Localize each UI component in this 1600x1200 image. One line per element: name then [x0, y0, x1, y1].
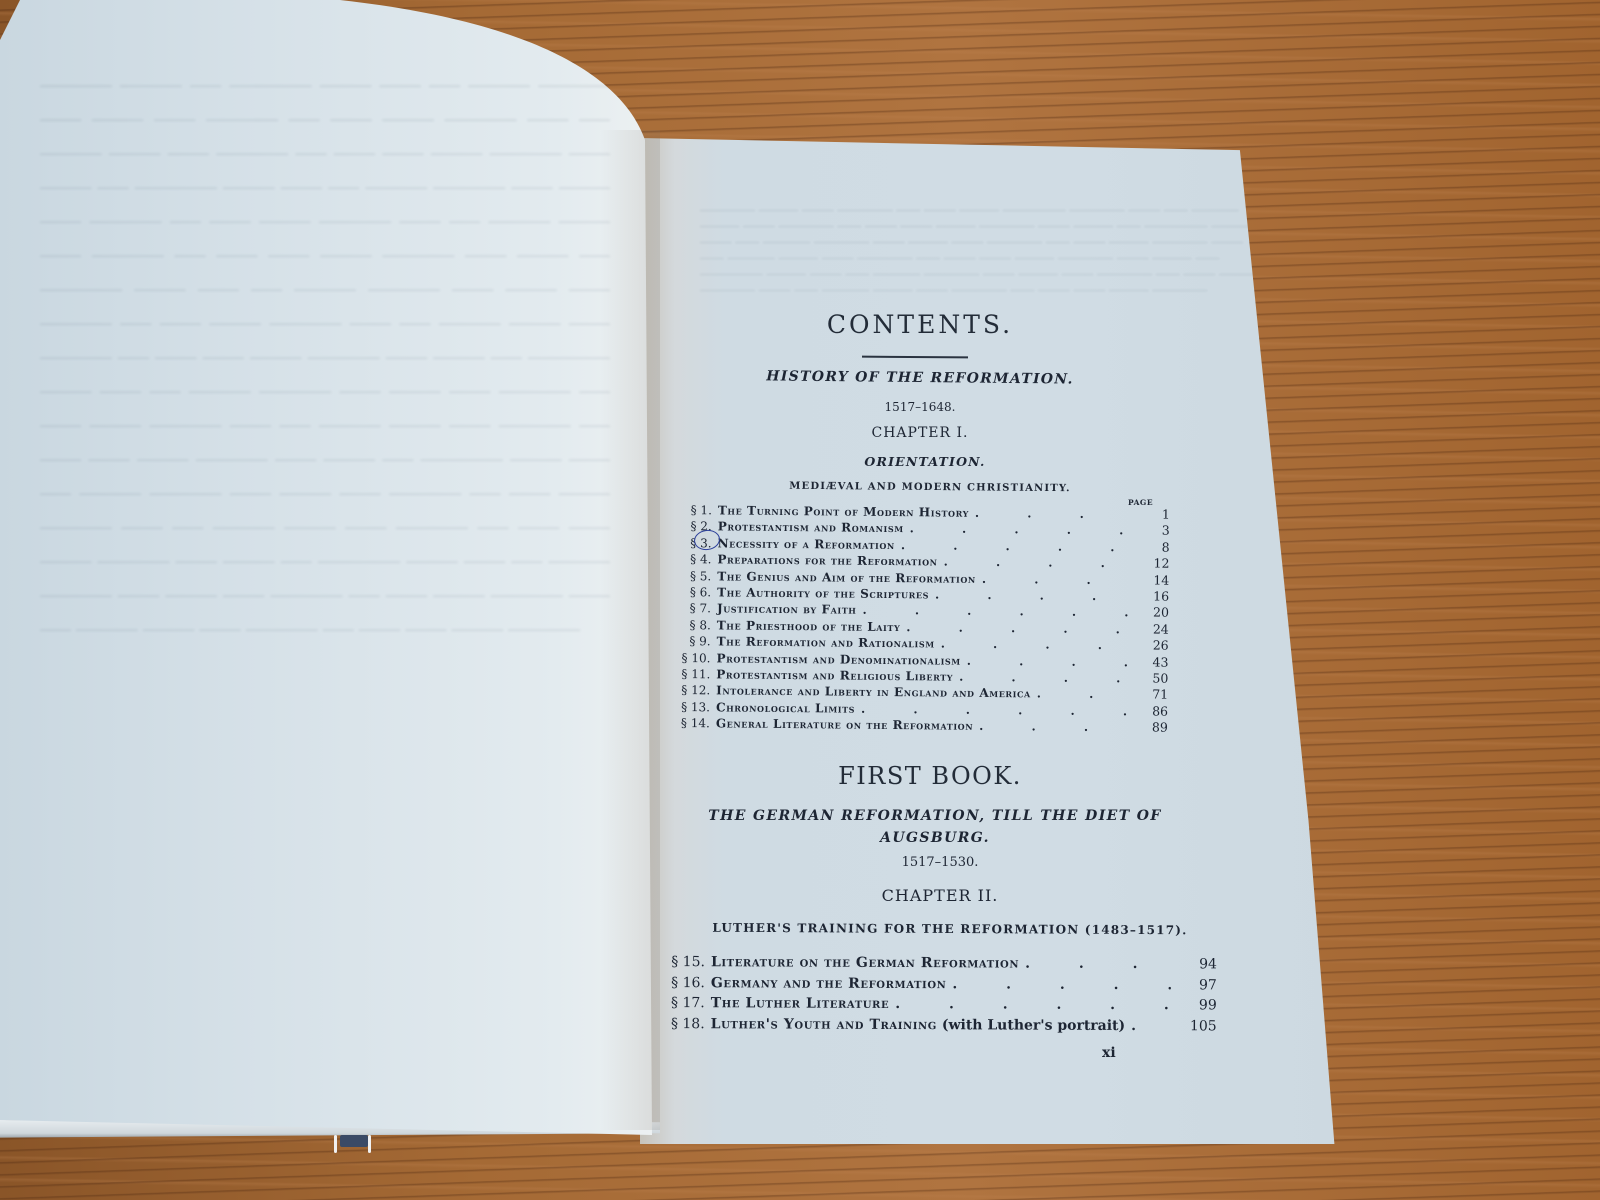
page-folio: xi — [1102, 1045, 1116, 1061]
chapter-2-label: CHAPTER II. — [830, 886, 1050, 905]
leader-dots — [941, 636, 1129, 654]
section-number: § 15. — [665, 952, 711, 972]
section-title: The Turning Point of Modern History — [718, 502, 969, 520]
leader-dots — [967, 652, 1129, 670]
first-book-heading: FIRST BOOK. — [790, 762, 1070, 790]
leader-dots — [861, 700, 1128, 719]
section-title: Justification by Faith — [717, 601, 857, 618]
section-number: § 17. — [665, 993, 711, 1013]
page-number: 71 — [1134, 687, 1168, 703]
page-number: 94 — [1177, 954, 1217, 974]
section-number: § 8. — [679, 617, 717, 633]
page-number: 8 — [1136, 539, 1170, 555]
section-title: Literature on the German Reformation — [711, 952, 1019, 973]
toc-entry: § 17.The Luther Literature99 — [665, 993, 1217, 1016]
page-number: 86 — [1134, 703, 1168, 719]
leader-dots — [862, 602, 1129, 621]
section-title: Protestantism and Denominationalism — [716, 650, 960, 668]
leader-dots — [910, 521, 1130, 539]
section-title: Luther's Youth and Training (with Luther… — [711, 1014, 1126, 1036]
section-number: § 6. — [679, 584, 717, 600]
section-number: § 14. — [678, 715, 716, 731]
section-title: Protestantism and Religious Liberty — [716, 666, 953, 684]
leader-dots — [1037, 686, 1128, 703]
section-title: The Authority of the Scriptures — [717, 584, 929, 602]
section-title: The Genius and Aim of the Reformation — [717, 568, 976, 586]
leader-dots — [901, 537, 1130, 555]
page-number: 89 — [1134, 719, 1168, 735]
chapter-1-label: CHAPTER I. — [820, 425, 1020, 441]
chapter-1-toc: § 1.The Turning Point of Modern History1… — [678, 502, 1170, 736]
leader-dots — [1131, 1016, 1171, 1036]
leader-dots — [982, 570, 1130, 587]
leader-dots — [944, 554, 1130, 572]
section-title: Germany and the Reformation — [711, 973, 947, 994]
section-number: § 18. — [665, 1013, 711, 1033]
page-number: 26 — [1135, 637, 1169, 653]
leader-dots — [1025, 954, 1171, 975]
section-number: § 4. — [679, 551, 717, 567]
page-number: 105 — [1177, 1016, 1217, 1036]
first-book-subtitle: THE GERMAN REFORMATION, TILL THE DIET OF… — [700, 805, 1170, 849]
section-number: § 12. — [678, 682, 716, 698]
page-number: 97 — [1177, 975, 1217, 995]
page-number: 24 — [1135, 621, 1169, 637]
section-title: Protestantism and Romanism — [718, 519, 904, 537]
chapter-2-toc: § 15.Literature on the German Reformatio… — [665, 952, 1217, 1036]
contents-heading: CONTENTS. — [820, 310, 1020, 339]
left-page-bleed-through-text: ─────── ────── ─── ──────── ───── ──── ─… — [40, 70, 610, 1050]
section-number: § 1. — [680, 502, 718, 518]
page-number: 12 — [1135, 556, 1169, 572]
gutter-shadow — [600, 130, 660, 1130]
chapter-1-title: ORIENTATION. — [820, 454, 1030, 469]
page-number: 99 — [1177, 995, 1217, 1015]
section-title: The Priesthood of the Laity — [717, 617, 901, 635]
toc-entry: § 15.Literature on the German Reformatio… — [665, 952, 1217, 975]
page-number: 3 — [1136, 523, 1170, 539]
section-number: § 3. — [680, 535, 718, 551]
chapter-2-caption: LUTHER'S TRAINING FOR THE REFORMATION (1… — [700, 921, 1200, 938]
section-number: § 7. — [679, 600, 717, 616]
page-number: 43 — [1134, 654, 1168, 670]
section-title: The Luther Literature — [711, 993, 890, 1014]
first-book-years: 1517–1530. — [880, 855, 1000, 870]
section-title-suffix: (with Luther's portrait) — [937, 1017, 1125, 1034]
page-number: 16 — [1135, 588, 1169, 604]
section-number: § 10. — [678, 650, 716, 666]
leader-dots — [906, 619, 1129, 637]
leader-dots — [959, 669, 1128, 687]
leader-dots — [952, 974, 1171, 995]
section-title: Chronological Limits — [716, 699, 855, 716]
section-number: § 11. — [678, 666, 716, 682]
section-title: The Reformation and Rationalism — [717, 633, 935, 651]
page-number: 14 — [1135, 572, 1169, 588]
section-title: Necessity of a Reformation — [718, 535, 895, 553]
leader-dots — [895, 994, 1171, 1015]
page-number: 1 — [1136, 506, 1170, 522]
leader-dots — [935, 586, 1129, 604]
history-years: 1517–1648. — [870, 400, 970, 414]
history-title: HISTORY OF THE REFORMATION. — [760, 368, 1080, 387]
left-page: ─────── ────── ─── ──────── ───── ──── ─… — [0, 0, 655, 1140]
leader-dots — [975, 505, 1130, 522]
section-title: General Literature on the Reformation — [716, 715, 973, 733]
section-number: § 16. — [665, 972, 711, 992]
page-number: 20 — [1135, 605, 1169, 621]
section-number: § 2. — [680, 518, 718, 534]
section-number: § 13. — [678, 699, 716, 715]
leader-dots — [979, 718, 1128, 735]
bookmark-ribbon — [330, 1135, 375, 1155]
section-number: § 9. — [679, 633, 717, 649]
page-number: 50 — [1134, 670, 1168, 686]
toc-entry: § 18.Luther's Youth and Training (with L… — [665, 1013, 1217, 1036]
section-number: § 5. — [679, 568, 717, 584]
section-title: Preparations for the Reformation — [717, 552, 937, 570]
toc-entry: § 16.Germany and the Reformation97 — [665, 972, 1217, 995]
